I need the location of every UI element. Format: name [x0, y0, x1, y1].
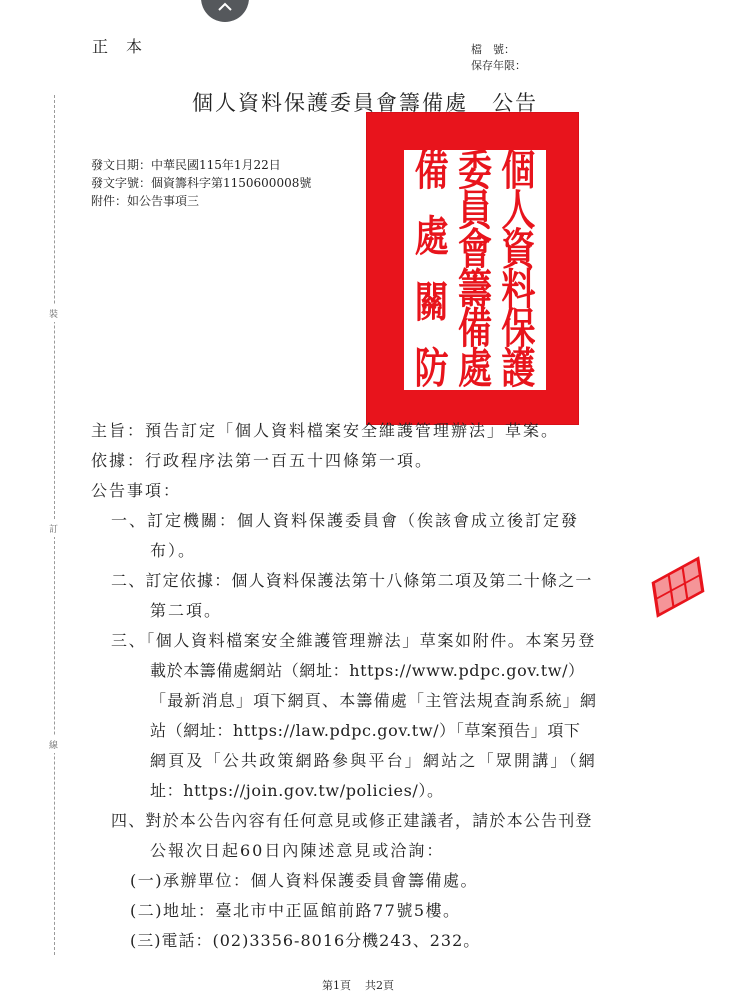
item-4-line-2: 公報次日起60日內陳述意見或洽詢：	[150, 836, 444, 866]
binding-mark-ding: 訂	[49, 520, 58, 537]
seal-column-1: 個人資料保護	[497, 154, 539, 386]
item-4-sub-2: (二)地址：臺北市中正區館前路77號5樓。	[130, 896, 461, 926]
subject: 主旨：預告訂定「個人資料檔案安全維護管理辦法」草案。	[91, 416, 559, 446]
seal-column-3: 備處關防	[411, 154, 453, 386]
file-no-label: 檔 號：	[471, 42, 526, 58]
binding-mark-zhuang: 裝	[49, 305, 58, 322]
official-seal: 個人資料保護 委員會籌備處 備處關防	[366, 112, 579, 425]
retention-label: 保存年限：	[471, 58, 526, 74]
chevron-up-icon	[217, 2, 233, 12]
item-3-line-4: 站（網址：https://law.pdpc.gov.tw/）「草案預告」項下	[150, 716, 581, 746]
item-4-sub-1: (一)承辦單位：個人資料保護委員會籌備處。	[130, 866, 478, 896]
basis: 依據：行政程序法第一百五十四條第一項。	[91, 446, 433, 476]
page-total: 共2頁	[365, 979, 394, 992]
collapse-button[interactable]	[201, 0, 249, 22]
attachment-note: 附件：如公告事項三	[91, 192, 311, 210]
file-meta: 檔 號： 保存年限：	[471, 42, 526, 74]
item-3-line-6: 址：https://join.gov.tw/policies/）。	[150, 776, 444, 806]
item-2-line-1: 二、訂定依據：個人資料保護法第十八條第二項及第二十條之一	[111, 566, 593, 596]
copy-mark: 正本	[92, 34, 160, 57]
issue-info: 發文日期：中華民國115年1月22日 發文字號：個資籌科字第1150600008…	[91, 156, 311, 210]
issue-date: 發文日期：中華民國115年1月22日	[91, 156, 311, 174]
page-seam-seal	[652, 556, 705, 617]
item-1-line-2: 布）。	[150, 536, 196, 566]
issue-number: 發文字號：個資籌科字第1150600008號	[91, 174, 311, 192]
item-4-sub-3: (三)電話：(02)3356-8016分機243、232。	[130, 926, 480, 956]
item-3-line-3: 「最新消息」項下網頁、本籌備處「主管法規查詢系統」網	[150, 686, 597, 716]
page-footer: 第1頁共2頁	[322, 977, 394, 993]
seal-column-2: 委員會籌備處	[454, 154, 496, 386]
binding-mark-xian: 線	[49, 736, 58, 753]
item-4-line-1: 四、對於本公告內容有任何意見或修正建議者，請於本公告刊登	[111, 806, 593, 836]
page-number: 第1頁	[322, 979, 351, 992]
item-2-line-2: 第二項。	[150, 596, 222, 626]
item-3-line-2: 載於本籌備處網站（網址：https://www.pdpc.gov.tw/）	[150, 656, 585, 686]
item-3-line-1: 三、「個人資料檔案安全維護管理辦法」草案如附件。本案另登	[111, 626, 596, 656]
item-1-line-1: 一、訂定機關：個人資料保護委員會（俟該會成立後訂定發	[111, 506, 579, 536]
item-3-line-5: 網頁及「公共政策網路參與平台」網站之「眾開講」（網	[150, 746, 597, 776]
items-heading: 公告事項：	[91, 476, 181, 506]
seal-inscription: 個人資料保護 委員會籌備處 備處關防	[404, 150, 546, 390]
